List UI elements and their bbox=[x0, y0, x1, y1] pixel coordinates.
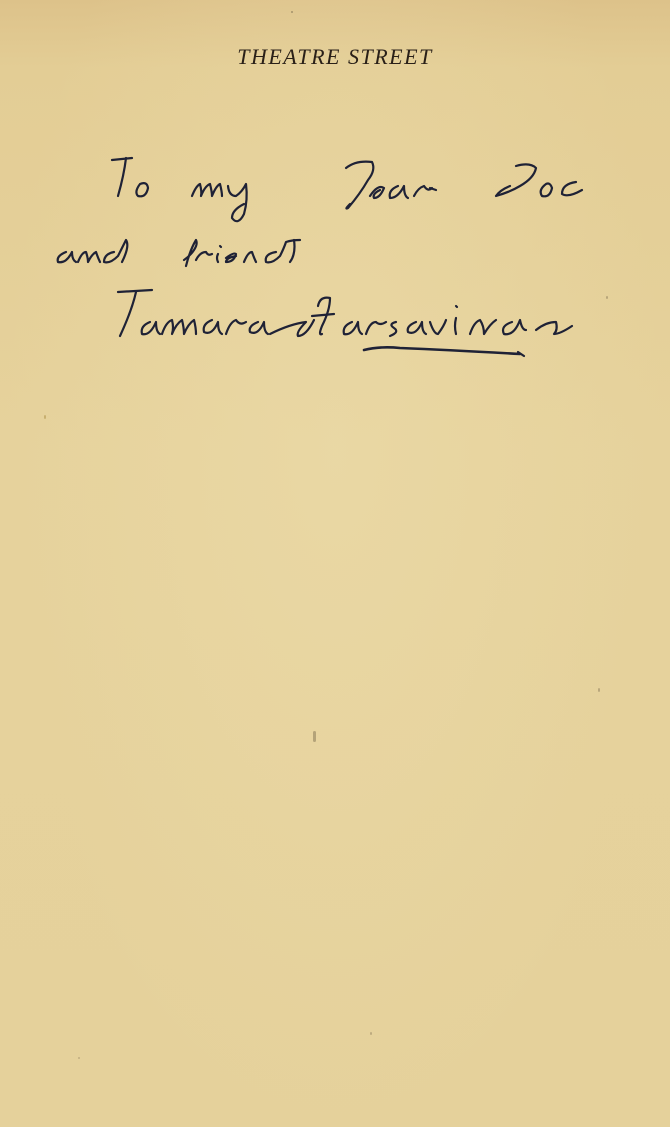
paper-speck bbox=[370, 1032, 372, 1035]
paper-speck bbox=[78, 1057, 80, 1059]
paper-speck bbox=[606, 296, 608, 299]
handwritten-inscription: To my dear Doc and friend Tamara Karsavi… bbox=[0, 0, 670, 400]
paper-speck bbox=[44, 415, 46, 419]
paper-speck bbox=[291, 11, 293, 13]
book-page: THEATRE STREET To my dear Doc and friend… bbox=[0, 0, 670, 1127]
handwriting-strokes bbox=[0, 0, 670, 400]
paper-speck bbox=[598, 688, 600, 692]
paper-speck bbox=[313, 731, 316, 742]
